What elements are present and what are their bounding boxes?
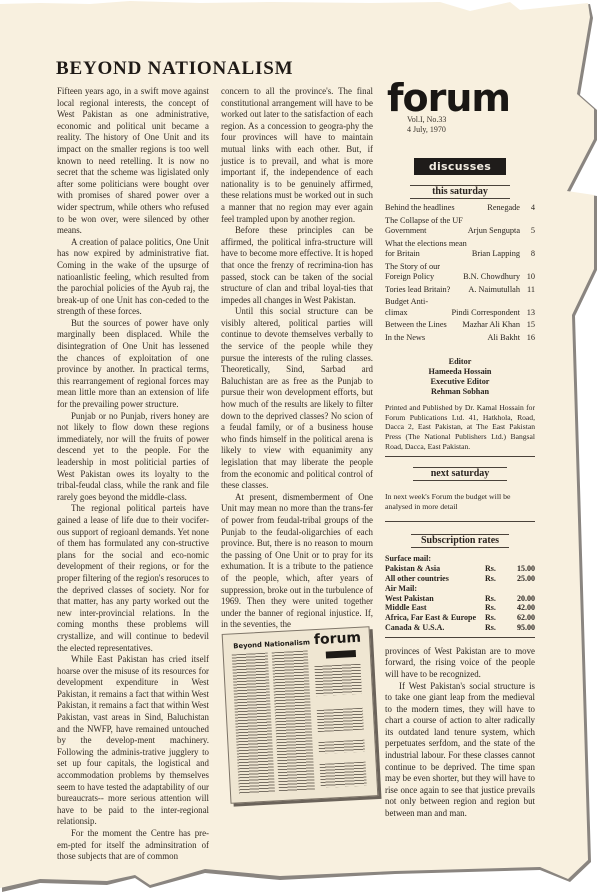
contents-page: 13 [523, 308, 535, 318]
rate-currency: Rs. [485, 574, 509, 584]
rate-currency [485, 584, 509, 594]
contents-page: 8 [523, 249, 535, 259]
rate-amount: 15.00 [509, 564, 535, 574]
rate-row: All other countriesRs.25.00 [385, 574, 535, 584]
contents-item: Budget Anti-climax Pindi Correspondent13 [385, 297, 535, 318]
contents-item: Between the Lines Mazhar Ali Khan15 [385, 320, 535, 330]
paragraph: Punjab or no Punjab, rivers honey are no… [57, 411, 209, 504]
contents-author: Arjun Sengupta [468, 226, 520, 236]
contents-title: Behind the headlines [385, 203, 487, 213]
rate-row: Canada & U.S.A.Rs.95.00 [385, 623, 535, 633]
contents-item: The Story of our Foreign Policy B.N. Cho… [385, 262, 535, 283]
rate-amount: 20.00 [509, 594, 535, 604]
contents-author: Mazhar Ali Khan [462, 320, 520, 330]
thumbnail-label-block [326, 650, 356, 659]
contents-title: Tories lead Britain? [385, 285, 468, 295]
contents-author: Ali Bakht [488, 333, 521, 343]
editor-label: Editor [385, 357, 535, 367]
contents-page: 11 [523, 285, 535, 295]
paragraph: Until this social structure can be visib… [221, 306, 373, 492]
discusses-label: discusses [414, 158, 506, 175]
thumbnail-text-column [232, 653, 275, 795]
rate-amount [509, 584, 535, 594]
forum-logo: forum [387, 80, 535, 116]
rate-amount: 95.00 [509, 623, 535, 633]
contents-page: 4 [523, 203, 535, 213]
paragraph: provinces of West Pakistan are to move f… [385, 646, 535, 681]
article-column-middle: concern to all the province's. The final… [221, 86, 373, 631]
rate-label: All other countries [385, 574, 485, 584]
contents-page: 15 [523, 320, 535, 330]
contents-page: 10 [523, 272, 535, 282]
paragraph: But the sources of power have only margi… [57, 318, 209, 411]
contents-title: Budget Anti-climax [385, 297, 452, 318]
paragraph: For the moment the Centre has pre-em-pte… [57, 828, 209, 863]
contents-author: A. Naimutullah [468, 285, 520, 295]
paragraph: At present, dismemberment of One Unit ma… [221, 492, 373, 631]
rate-label: Africa, Far East & Europe [385, 613, 485, 623]
paragraph: A creation of palace politics, One Unit … [57, 237, 209, 318]
paragraph: Before these principles can be affirmed,… [221, 225, 373, 306]
editor-name: Hameeda Hossain [385, 367, 535, 377]
rate-amount: 25.00 [509, 574, 535, 584]
article-continuation: provinces of West Pakistan are to move f… [385, 646, 535, 820]
rate-row: Surface mail: [385, 554, 535, 564]
contents-list: Behind the headlines Renegade4 The Colla… [385, 203, 535, 343]
rate-amount: 62.00 [509, 613, 535, 623]
thumbnail-title: Beyond Nationalism [233, 638, 310, 650]
subscription-rates-table: Surface mail: Pakistan & AsiaRs.15.00 Al… [385, 554, 535, 637]
contents-author: Renegade [487, 203, 520, 213]
sidebar: forum Vol.I, No.33 4 July, 1970 discusse… [385, 80, 535, 820]
rate-label: Middle East [385, 603, 485, 613]
paragraph: Fifteen years ago, in a swift move again… [57, 86, 209, 237]
executive-editor-label: Executive Editor [385, 377, 535, 387]
imprint-text: Printed and Published by Dr. Kamal Hossa… [385, 403, 535, 457]
rate-currency: Rs. [485, 603, 509, 613]
newspaper-page: BEYOND NATIONALISM Fifteen years ago, in… [0, 0, 600, 892]
paragraph: While East Pakistan has cried itself hoa… [57, 654, 209, 828]
rate-label: Air Mail: [385, 584, 485, 594]
contents-author: Brian Lapping [472, 249, 520, 259]
contents-title: In the News [385, 333, 488, 343]
rate-row: West PakistanRs.20.00 [385, 594, 535, 604]
contents-item: Behind the headlines Renegade4 [385, 203, 535, 213]
contents-item: The Collapse of the UF Government Arjun … [385, 216, 535, 237]
contents-author: B.N. Chowdhury [463, 272, 520, 282]
next-saturday-text: In next week's Forum the budget will be … [385, 492, 535, 522]
rate-row: Air Mail: [385, 584, 535, 594]
contents-title: Between the Lines [385, 320, 462, 330]
rate-currency: Rs. [485, 564, 509, 574]
newspaper-thumbnail-image: Beyond Nationalism forum [222, 626, 379, 804]
contents-item: What the elections mean for Britain Bria… [385, 239, 535, 260]
contents-item: Tories lead Britain? A. Naimutullah11 [385, 285, 535, 295]
issue-date: 4 July, 1970 [407, 125, 535, 135]
contents-title: The Story of our Foreign Policy [385, 262, 463, 283]
paragraph: If West Pakistan's social structure is t… [385, 681, 535, 820]
staff-credits: Editor Hameeda Hossain Executive Editor … [385, 357, 535, 397]
this-saturday-heading: this saturday [410, 185, 510, 199]
rate-label: Pakistan & Asia [385, 564, 485, 574]
contents-author: Pindi Correspondent [452, 308, 520, 318]
rate-row: Middle EastRs.42.00 [385, 603, 535, 613]
article-column-left: Fifteen years ago, in a swift move again… [57, 86, 209, 863]
rate-currency: Rs. [485, 594, 509, 604]
rate-label: Canada & U.S.A. [385, 623, 485, 633]
rate-row: Pakistan & AsiaRs.15.00 [385, 564, 535, 574]
rate-label: Surface mail: [385, 554, 485, 564]
paragraph: The regional political parteis have gain… [57, 503, 209, 654]
executive-editor-name: Rehman Sobhan [385, 387, 535, 397]
thumbnail-text-column [320, 762, 367, 788]
rate-amount [509, 554, 535, 564]
thumbnail-logo: forum [314, 630, 362, 648]
contents-item: In the News Ali Bakht16 [385, 333, 535, 343]
rate-currency: Rs. [485, 623, 509, 633]
thumbnail-text-column [272, 651, 315, 793]
contents-page: 16 [523, 333, 535, 343]
rate-label: West Pakistan [385, 594, 485, 604]
rate-currency [485, 554, 509, 564]
rate-amount: 42.00 [509, 603, 535, 613]
rate-row: Africa, Far East & EuropeRs.62.00 [385, 613, 535, 623]
contents-title: What the elections mean for Britain [385, 239, 472, 260]
rate-currency: Rs. [485, 613, 509, 623]
subscription-heading: Subscription rates [411, 534, 509, 548]
article-headline: BEYOND NATIONALISM [56, 58, 293, 80]
thumbnail-text-column [317, 708, 364, 732]
contents-title: The Collapse of the UF Government [385, 216, 468, 237]
thumbnail-text-column [314, 664, 362, 696]
next-saturday-heading: next saturday [413, 467, 507, 481]
paragraph: concern to all the province's. The final… [221, 86, 373, 225]
thumbnail-text-column [318, 740, 365, 754]
contents-page: 5 [523, 226, 535, 236]
